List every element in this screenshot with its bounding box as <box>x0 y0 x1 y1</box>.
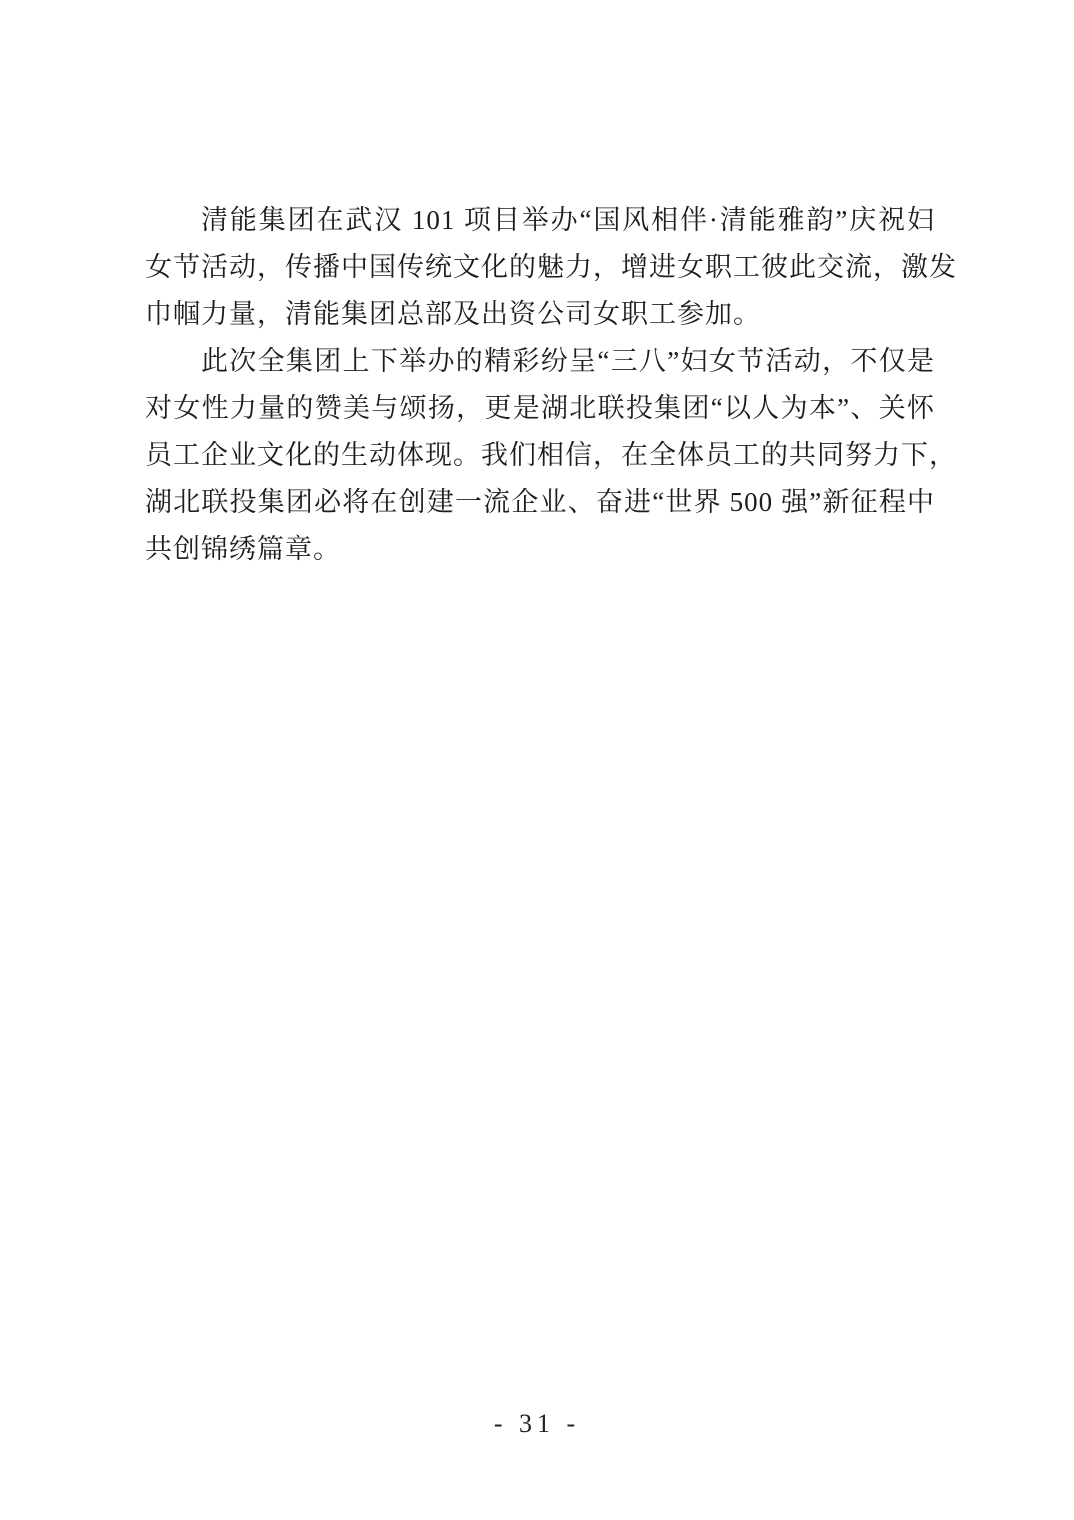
paragraph-1-line-3: 巾帼力量，清能集团总部及出资公司女职工参加。 <box>145 291 935 338</box>
paragraph-2-line-1: 此次全集团上下举办的精彩纷呈“三八”妇女节活动，不仅是 <box>145 338 935 385</box>
paragraph-1-line-1: 清能集团在武汉 101 项目举办“国风相伴·清能雅韵”庆祝妇 <box>145 197 935 244</box>
document-page: 清能集团在武汉 101 项目举办“国风相伴·清能雅韵”庆祝妇 女节活动，传播中国… <box>0 0 1074 1520</box>
paragraph-1-line-2: 女节活动，传播中国传统文化的魅力，增进女职工彼此交流，激发 <box>145 244 935 291</box>
paragraph-2-line-4: 湖北联投集团必将在创建一流企业、奋进“世界 500 强”新征程中 <box>145 479 935 526</box>
text-block: 清能集团在武汉 101 项目举办“国风相伴·清能雅韵”庆祝妇 女节活动，传播中国… <box>145 197 935 573</box>
paragraph-2-line-3: 员工企业文化的生动体现。我们相信，在全体员工的共同努力下， <box>145 432 935 479</box>
paragraph-2-line-5: 共创锦绣篇章。 <box>145 526 935 573</box>
page-number: - 31 - <box>0 1408 1074 1440</box>
paragraph-2-line-2: 对女性力量的赞美与颂扬，更是湖北联投集团“以人为本”、关怀 <box>145 385 935 432</box>
